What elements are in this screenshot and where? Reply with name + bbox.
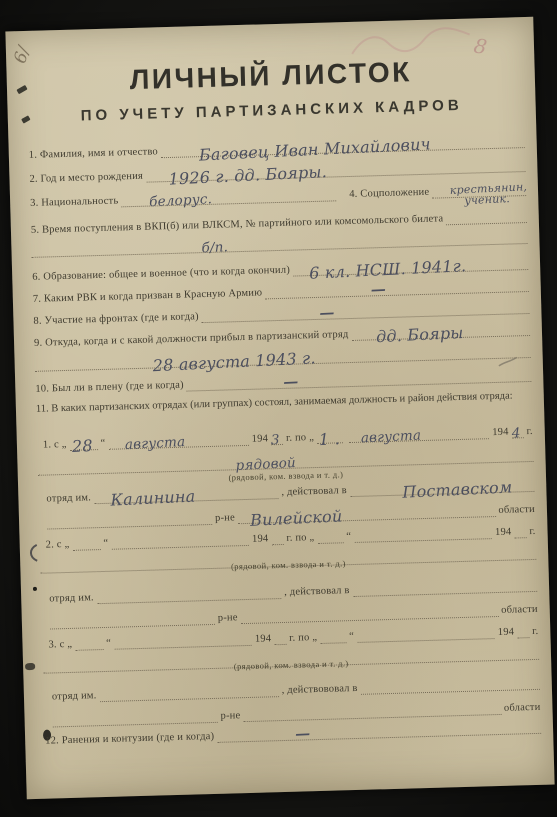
field-6-line: 6 кл. НСШ. 1941г. bbox=[293, 257, 528, 277]
entry-1-from-month-line: августа bbox=[108, 433, 249, 450]
entry-1-rne-line: Вилейской bbox=[238, 504, 496, 524]
document-paper: 6/ 8 ЛИЧНЫЙ ЛИСТОК ПО УЧЕТУ ПАРТИЗАНСКИХ… bbox=[5, 17, 554, 799]
entry-3-otryad-row: отряд им. , действововал в bbox=[52, 677, 540, 704]
entry-2-from-year-line bbox=[271, 532, 283, 545]
field-2-label: 2. Год и место рождения bbox=[29, 170, 143, 186]
pen-curl-mark bbox=[26, 543, 41, 563]
field-8-value: — bbox=[319, 306, 335, 320]
field-10-value: — bbox=[283, 375, 299, 389]
field-9-row: 9. Откуда, когда и с какой должности при… bbox=[34, 323, 530, 350]
field-9-row2: 28 августа 1943 г. bbox=[35, 345, 531, 372]
field-4-line: крестьянин, ученик. bbox=[432, 183, 526, 199]
entry-2-from-day-line bbox=[72, 537, 100, 551]
field-3-label: 3. Национальность bbox=[30, 194, 119, 209]
field-7-line: — bbox=[265, 279, 529, 299]
entry-1-dates-row: 1. с „ 28 “ августа 194 3 г. по „ 1 . ав… bbox=[43, 425, 533, 452]
entry-1-rne-label: р-не bbox=[215, 511, 235, 525]
field-5-row2: б/п. bbox=[31, 231, 527, 258]
entry-2-acted-label: , действовал в bbox=[284, 584, 350, 599]
entry-2-acted-line bbox=[352, 579, 537, 597]
entry-3-g-label: г. bbox=[532, 625, 539, 638]
field-2-row: 2. Год и место рождения 1926 г. дд. Бояр… bbox=[29, 159, 525, 186]
entry-1-acted-label: , действовал в bbox=[281, 484, 347, 499]
field-7-label: 7. Каким РВК и когда призван в Красную А… bbox=[33, 286, 263, 305]
field-7-row: 7. Каким РВК и когда призван в Красную А… bbox=[33, 279, 529, 306]
field-10-line: — bbox=[187, 369, 532, 392]
field-1-row: 1. Фамилия, имя и отчество Баговец Иван … bbox=[29, 135, 525, 162]
field-3-value: белорус. bbox=[149, 193, 212, 209]
entry-1-from-day-line: 28 bbox=[69, 437, 97, 451]
entry-3-from-day-line bbox=[75, 637, 103, 651]
entry-2-year-printed: 194 bbox=[252, 532, 269, 545]
field-12-line: — bbox=[217, 721, 541, 743]
field-1-label: 1. Фамилия, имя и отчество bbox=[29, 145, 158, 162]
field-8-line: — bbox=[202, 301, 530, 323]
field-6-value: 6 кл. НСШ. 1941г. bbox=[309, 259, 467, 280]
entry-2-otryad-row: отряд им. , действовал в bbox=[49, 579, 537, 606]
entry-3-to-month-line bbox=[357, 626, 495, 643]
entry-3-year2-printed: 194 bbox=[498, 626, 515, 639]
field-9-line: дд. Бояры bbox=[351, 323, 530, 341]
form-title: ЛИЧНЫЙ ЛИСТОК bbox=[6, 53, 535, 100]
entry-1-from-day: 28 bbox=[71, 439, 92, 453]
field-8-label: 8. Участие на фронтах (где и когда) bbox=[33, 310, 199, 328]
entry-2-to-month-line bbox=[354, 526, 492, 543]
entry-2-rne-prefix-line bbox=[50, 612, 215, 630]
field-3-4-row: 3. Национальность белорус. 4. Соцположен… bbox=[30, 183, 526, 210]
entry-3-acted-label: , действововал в bbox=[282, 682, 358, 697]
entry-2-to-year-line bbox=[514, 525, 526, 538]
field-9-line2: 28 августа 1943 г. bbox=[35, 345, 531, 372]
entry-1-to-day-line: 1 . bbox=[317, 430, 343, 444]
entry-2-quote: “ bbox=[103, 537, 108, 550]
entry-1-to-day: 1 . bbox=[319, 432, 341, 446]
scan-background: 6/ 8 ЛИЧНЫЙ ЛИСТОК ПО УЧЕТУ ПАРТИЗАНСКИХ… bbox=[0, 0, 557, 817]
entry-2-quote2: “ bbox=[346, 530, 351, 543]
field-1-line: Баговец Иван Михайлович bbox=[161, 135, 525, 158]
ink-smudge bbox=[25, 663, 35, 670]
entry-1-acted-line: Поставском bbox=[350, 479, 535, 497]
entry-3-rne-label: р-не bbox=[220, 709, 240, 723]
entry-1-from-year-line: 3 bbox=[271, 432, 283, 445]
entry-2-oblast-label: области bbox=[501, 603, 538, 617]
entry-3-prefix: 3. с „ bbox=[48, 638, 72, 652]
entry-3-quote: “ bbox=[106, 637, 111, 650]
entry-3-rne-line bbox=[243, 702, 501, 722]
entry-1-otryad-name: Калинина bbox=[110, 490, 195, 507]
entry-2-prefix: 2. с „ bbox=[46, 538, 70, 552]
entry-1-from-month: августа bbox=[124, 436, 185, 452]
entry-1-otryad-line: Калинина bbox=[94, 486, 279, 504]
entry-1-prefix: 1. с „ bbox=[43, 438, 67, 452]
entry-1-rne-name: Вилейской bbox=[250, 509, 343, 526]
field-4-value: крестьянин, ученик. bbox=[450, 182, 528, 207]
ink-dot bbox=[33, 587, 37, 591]
field-9-label: 9. Откуда, когда и с какой должности при… bbox=[34, 328, 349, 350]
entry-1-to-month-line: августа bbox=[349, 426, 490, 443]
entry-3-oblast-label: области bbox=[504, 701, 541, 715]
entry-1-g-label: г. bbox=[526, 425, 533, 438]
entry-1-oblast-label: области bbox=[498, 503, 535, 517]
field-3-line: белорус. bbox=[121, 188, 336, 207]
entry-3-to-day-line bbox=[320, 630, 346, 644]
field-4-label: 4. Соцположение bbox=[349, 186, 429, 201]
field-5-value: б/п. bbox=[201, 241, 228, 255]
entry-3-otryad-line bbox=[99, 684, 279, 702]
entry-2-otryad-label: отряд им. bbox=[49, 591, 94, 605]
entry-2-year2-printed: 194 bbox=[495, 526, 512, 539]
field-6-label: 6. Образование: общее и военное (что и к… bbox=[32, 264, 290, 284]
entry-1-quote: “ bbox=[100, 437, 105, 450]
entry-1-year2-printed: 194 bbox=[492, 426, 509, 439]
entry-1-to-year-line: 4 bbox=[511, 425, 523, 438]
entry-1-rne-prefix-line bbox=[47, 512, 212, 530]
entry-3-from-year-line bbox=[274, 632, 286, 645]
entry-3-po-label: г. по „ bbox=[289, 631, 317, 645]
entry-2-rne-line bbox=[240, 604, 498, 624]
entry-1-to-year-digit: 4 bbox=[511, 427, 520, 440]
entry-1-from-year-digit: 3 bbox=[271, 434, 280, 447]
entry-2-from-month-line bbox=[111, 533, 249, 550]
form-subtitle: ПО УЧЕТУ ПАРТИЗАНСКИХ КАДРОВ bbox=[8, 95, 536, 127]
field-12-value: — bbox=[295, 727, 311, 741]
field-7-value: — bbox=[370, 283, 386, 297]
corner-pencil-mark: 6/ bbox=[10, 44, 34, 66]
field-9-value2: 28 августа 1943 г. bbox=[152, 351, 315, 372]
entry-1-otryad-label: отряд им. bbox=[46, 491, 91, 505]
entry-3-to-year-line bbox=[517, 625, 529, 638]
entry-1-acted-in: Поставском bbox=[402, 480, 512, 498]
entry-3-dates-row: 3. с „ “ 194 г. по „ “ 194 г. bbox=[48, 625, 538, 652]
entry-3-rne-prefix-line bbox=[52, 710, 217, 728]
entry-3-from-month-line bbox=[114, 633, 252, 650]
entry-3-otryad-label: отряд им. bbox=[52, 689, 97, 703]
field-5-label: 5. Время поступления в ВКП(б) или ВЛКСМ,… bbox=[31, 212, 444, 237]
field-2-value: 1926 г. дд. Бояры. bbox=[168, 165, 327, 186]
entry-1-year-printed: 194 bbox=[252, 432, 269, 445]
field-5-line2: б/п. bbox=[31, 231, 527, 258]
field-6-row: 6. Образование: общее и военное (что и к… bbox=[32, 257, 528, 284]
entry-2-rne-row: р-не области bbox=[50, 603, 538, 630]
entry-3-quote2: “ bbox=[349, 630, 354, 643]
field-10-label: 10. Был ли в плену (где и когда) bbox=[35, 379, 184, 396]
entry-3-acted-line bbox=[360, 677, 540, 695]
entry-1-to-month: августа bbox=[361, 429, 422, 445]
entry-1-po-label: г. по „ bbox=[286, 431, 314, 445]
field-1-value: Баговец Иван Михайлович bbox=[199, 137, 431, 161]
field-9-value: дд. Бояры bbox=[375, 326, 463, 343]
entry-2-g-label: г. bbox=[529, 525, 536, 538]
entry-3-year-printed: 194 bbox=[255, 632, 272, 645]
entry-2-to-day-line bbox=[317, 530, 343, 544]
entry-2-otryad-line bbox=[97, 586, 282, 604]
entry-2-dates-row: 2. с „ “ 194 г. по „ “ 194 г. bbox=[46, 525, 536, 552]
field-5-line bbox=[446, 210, 527, 225]
entry-2-rne-label: р-не bbox=[218, 611, 238, 625]
entry-2-po-label: г. по „ bbox=[286, 531, 314, 545]
field-12-label: 12. Ранения и контузии (где и когда) bbox=[45, 730, 214, 748]
